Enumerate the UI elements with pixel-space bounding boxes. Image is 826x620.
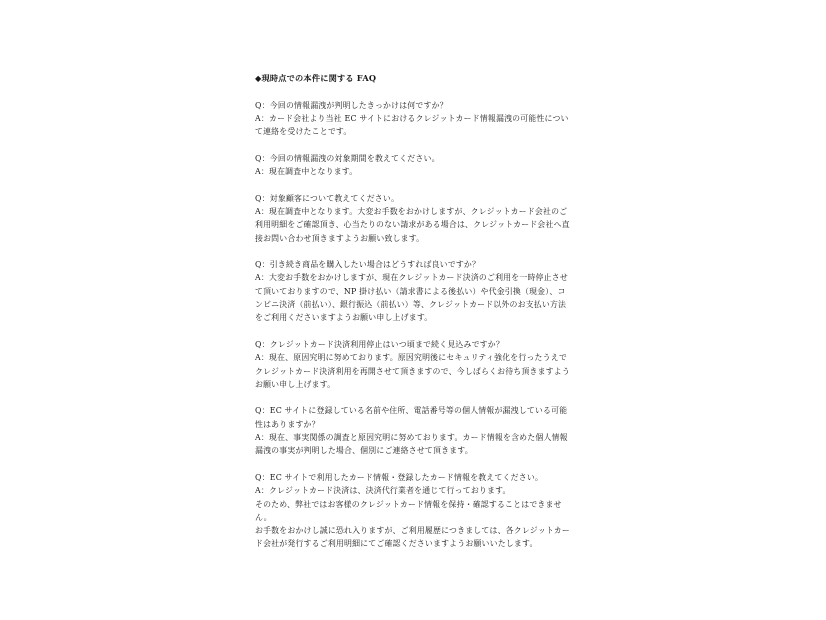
faq-question: Q：対象顧客について教えてください。	[255, 192, 573, 205]
faq-question: Q：引き続き商品を購入したい場合はどうすれば良いですか？	[255, 258, 573, 271]
faq-item: Q：今回の情報漏洩の対象期間を教えてください。 A：現在調査中となります。	[255, 152, 573, 179]
faq-item: Q：EC サイトに登録している名前や住所、電話番号等の個人情報が漏洩している可能…	[255, 404, 573, 457]
faq-answer-continued: お手数をおかけし誠に恐れ入りますが、ご利用履歴につきましては、各クレジットカード…	[255, 524, 573, 551]
faq-answer: A：現在、原因究明に努めております。原因究明後にセキュリティ強化を行ったうえでク…	[255, 351, 573, 391]
faq-title: ◆現時点での本件に関する FAQ	[255, 72, 573, 85]
faq-item: Q：クレジットカード決済利用停止はいつ頃まで続く見込みですか？ A：現在、原因究…	[255, 338, 573, 391]
faq-question: Q：EC サイトで利用したカード情報・登録したカード情報を教えてください。	[255, 471, 573, 484]
faq-document: ◆現時点での本件に関する FAQ Q：今回の情報漏洩が判明したきっかけは何ですか…	[255, 72, 573, 564]
faq-answer: A：大変お手数をおかけしますが、現在クレジットカード決済のご利用を一時停止させて…	[255, 271, 573, 324]
faq-item: Q：引き続き商品を購入したい場合はどうすれば良いですか？ A：大変お手数をおかけ…	[255, 258, 573, 324]
faq-answer-continued: そのため、弊社ではお客様のクレジットカード情報を保持・確認することはできません。	[255, 498, 573, 525]
faq-question: Q：今回の情報漏洩の対象期間を教えてください。	[255, 152, 573, 165]
faq-answer: A：現在調査中となります。大変お手数をおかけしますが、クレジットカード会社のご利…	[255, 205, 573, 245]
faq-answer: A：現在調査中となります。	[255, 165, 573, 178]
faq-item: Q：今回の情報漏洩が判明したきっかけは何ですか？ A：カード会社より当社 EC …	[255, 99, 573, 139]
faq-question: Q：EC サイトに登録している名前や住所、電話番号等の個人情報が漏洩している可能…	[255, 404, 573, 431]
faq-item: Q：EC サイトで利用したカード情報・登録したカード情報を教えてください。 A：…	[255, 471, 573, 551]
faq-question: Q：今回の情報漏洩が判明したきっかけは何ですか？	[255, 99, 573, 112]
faq-answer: A：現在、事実関係の調査と原因究明に努めております。カード情報を含めた個人情報漏…	[255, 431, 573, 458]
faq-question: Q：クレジットカード決済利用停止はいつ頃まで続く見込みですか？	[255, 338, 573, 351]
faq-item: Q：対象顧客について教えてください。 A：現在調査中となります。大変お手数をおか…	[255, 192, 573, 245]
faq-answer: A：カード会社より当社 EC サイトにおけるクレジットカード情報漏洩の可能性につ…	[255, 112, 573, 139]
faq-answer: A：クレジットカード決済は、決済代行業者を通じて行っております。	[255, 484, 573, 497]
